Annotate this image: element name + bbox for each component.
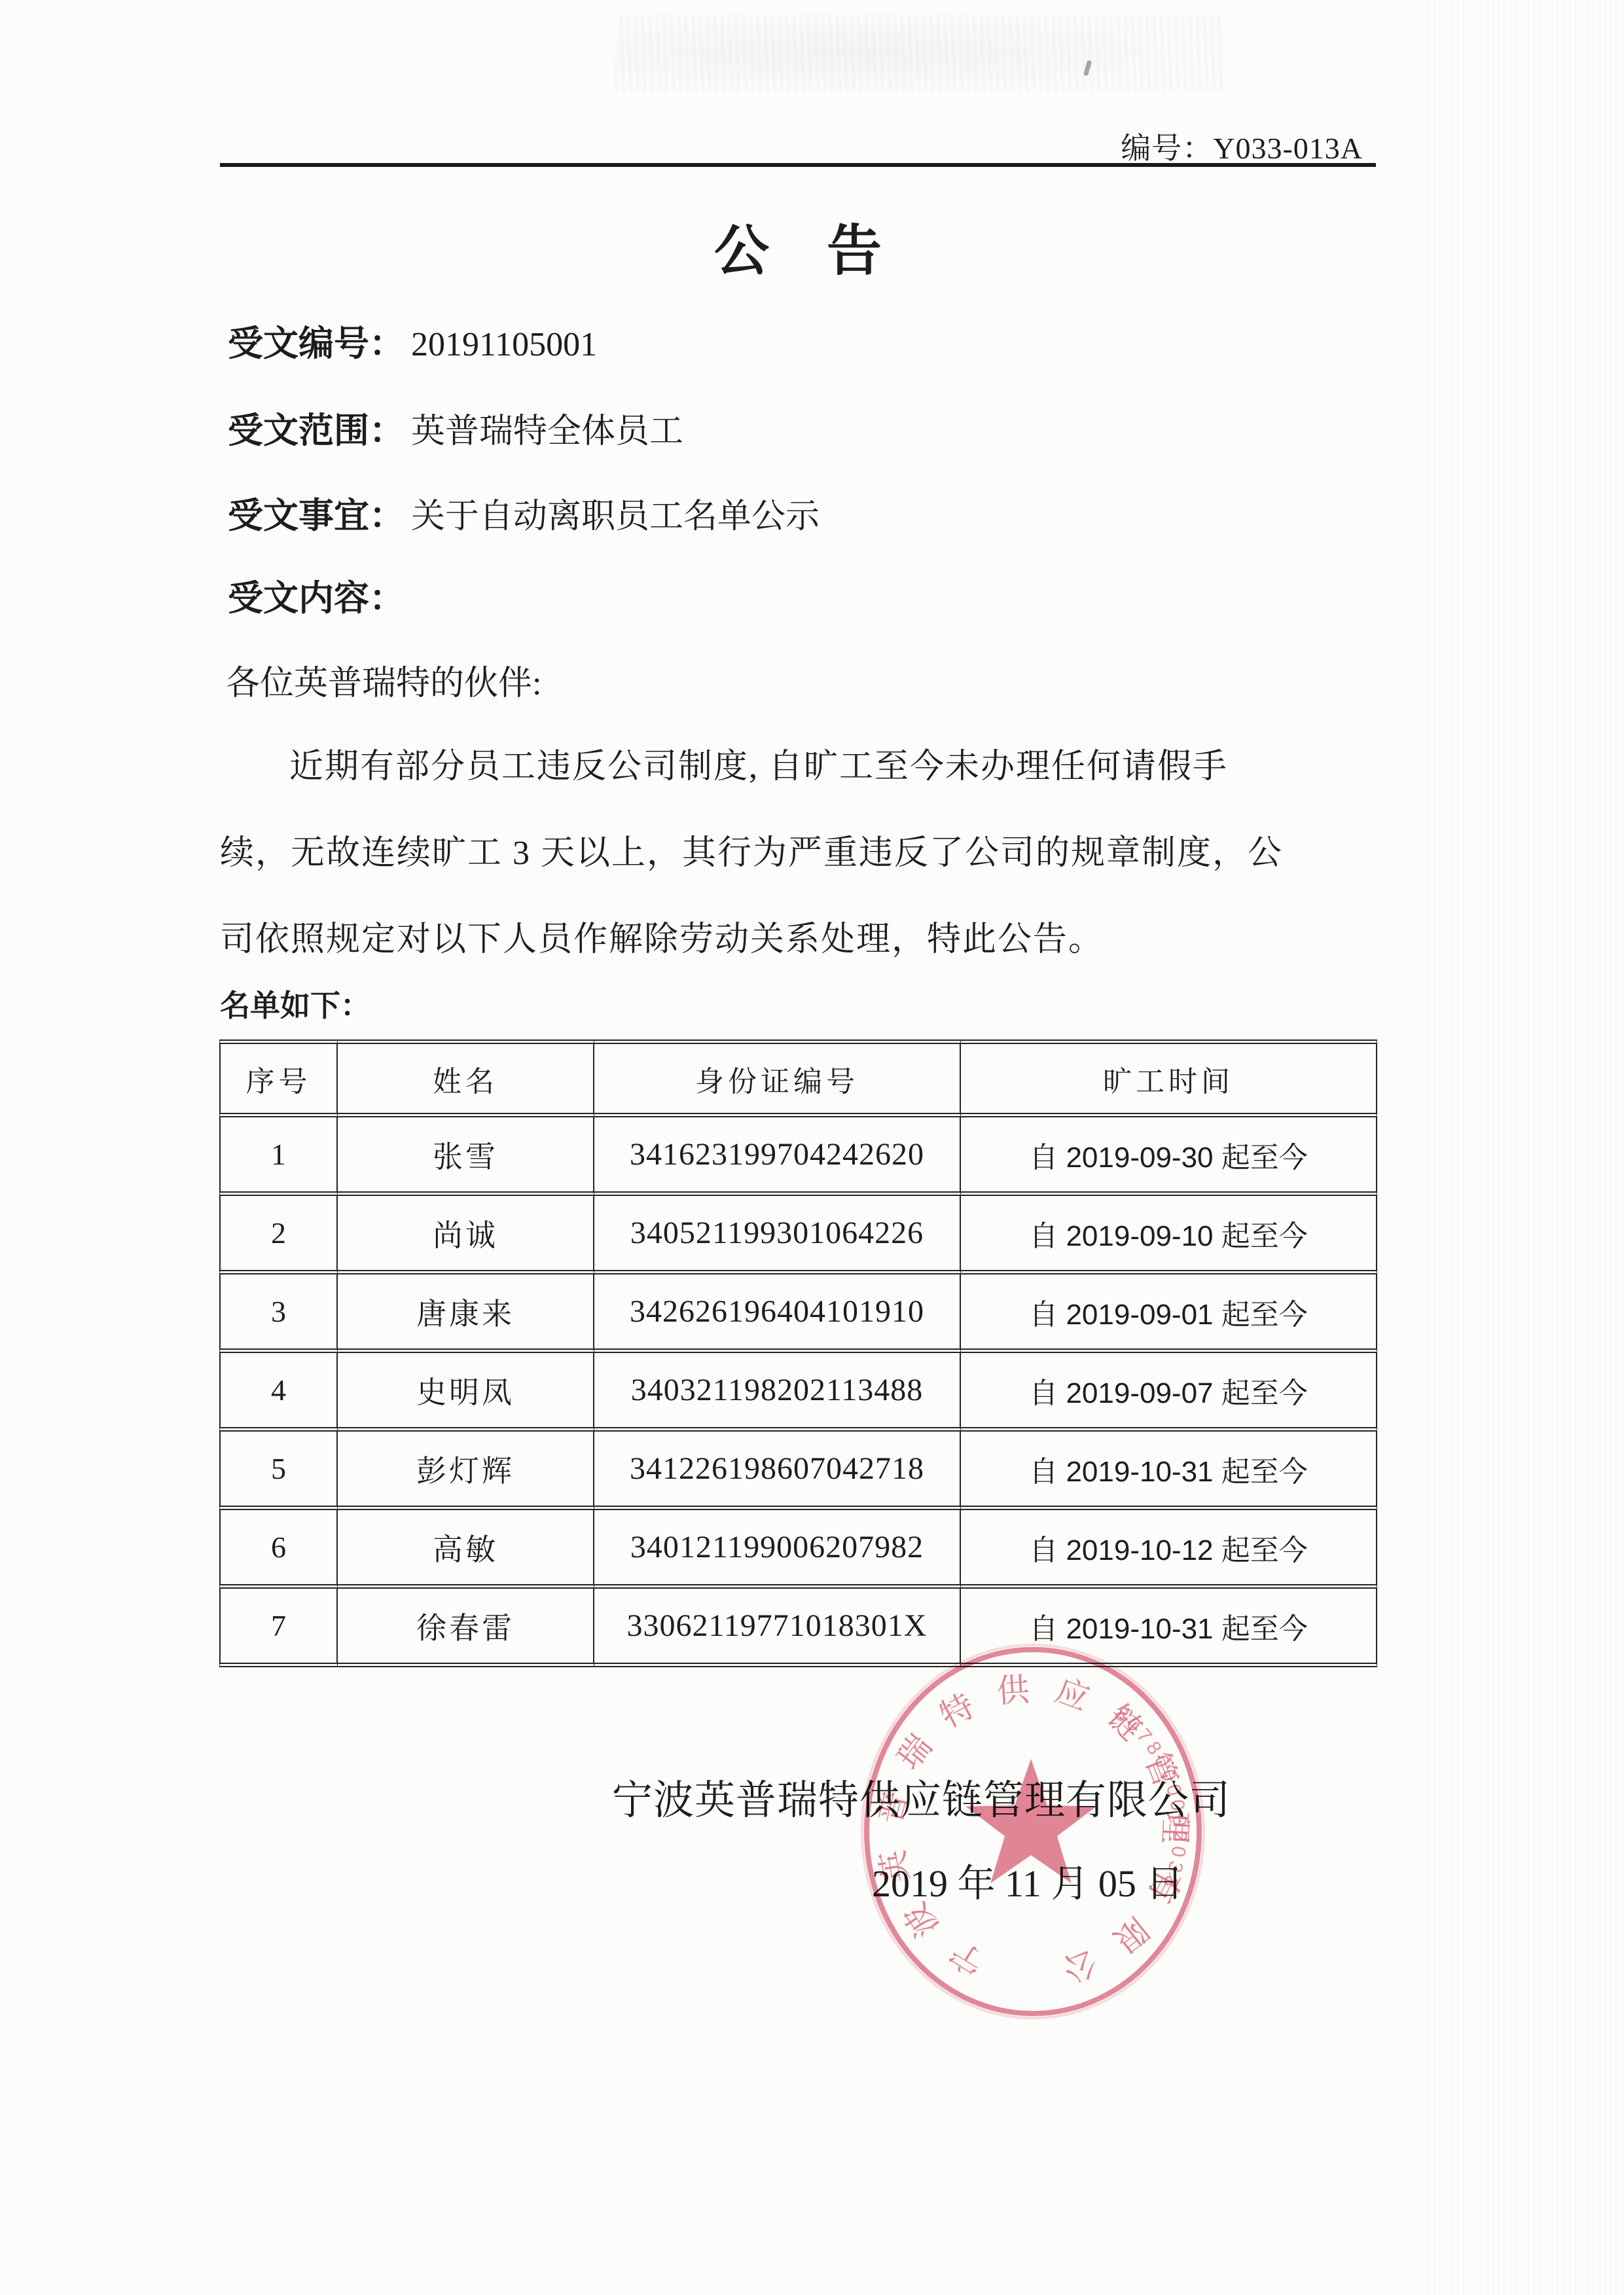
seal-ring-text: 宁波英普瑞特供应链管理有限公司 — [0, 0, 1195, 1993]
table-cell: 史明凤 — [338, 1353, 594, 1432]
column-header: 姓名 — [338, 1039, 594, 1117]
announcement-document: 编号：Y033-013A 公 告 受文编号：20191105001 受文范围：英… — [0, 0, 1624, 2295]
field-scope: 受文范围：英普瑞特全体员工 — [228, 403, 683, 453]
seal-outer-ring — [867, 1650, 1199, 2014]
employee-table: 序号姓名身份证编号旷工时间 1张雪341623199704242620自 201… — [219, 1039, 1377, 1667]
table-cell: 彭灯辉 — [338, 1432, 594, 1510]
table-cell: 341226198607042718 — [594, 1432, 961, 1510]
scan-tick-artifact — [1083, 60, 1092, 77]
table-cell: 3 — [219, 1274, 338, 1353]
field-scope-label: 受文范围： — [228, 411, 405, 450]
table-cell: 6 — [219, 1510, 338, 1589]
table-cell: 1 — [219, 1117, 338, 1196]
field-content: 受文内容： — [228, 570, 411, 621]
list-intro: 名单如下： — [220, 982, 370, 1025]
table-cell: 自 2019-09-07 起至今 — [961, 1353, 1377, 1432]
table-cell: 自 2019-09-10 起至今 — [961, 1196, 1377, 1274]
table-cell: 张雪 — [338, 1117, 594, 1196]
header-rule — [220, 163, 1376, 167]
table-cell: 徐春雷 — [338, 1589, 594, 1667]
body-line: 近期有部分员工违反公司制度, 自旷工至今未办理任何请假手 — [220, 738, 1461, 787]
page-title: 公 告 — [220, 207, 1377, 286]
table-cell: 高敏 — [338, 1510, 594, 1589]
field-subject-label: 受文事宜： — [228, 496, 405, 535]
signature-date: 2019 年 11 月 05 日 — [872, 1852, 1183, 1907]
scan-noise — [1428, 0, 1624, 2295]
table-cell: 自 2019-09-01 起至今 — [961, 1274, 1377, 1353]
table-cell: 5 — [219, 1432, 338, 1510]
table-cell: 340521199301064226 — [594, 1196, 961, 1274]
table-cell: 自 2019-09-30 起至今 — [961, 1117, 1377, 1196]
body-line: 续，无故连续旷工 3 天以上，其行为严重违反了公司的规章制度，公 — [220, 825, 1392, 874]
table-row: 2尚诚340521199301064226自 2019-09-10 起至今 — [219, 1196, 1377, 1274]
field-doc-id: 受文编号：20191105001 — [228, 316, 597, 366]
employee-table-body: 1张雪341623199704242620自 2019-09-30 起至今2尚诚… — [219, 1117, 1377, 1667]
table-header-row: 序号姓名身份证编号旷工时间 — [219, 1039, 1377, 1117]
table-cell: 自 2019-10-31 起至今 — [961, 1432, 1377, 1510]
table-row: 4史明凤340321198202113488自 2019-09-07 起至今 — [219, 1353, 1377, 1432]
table-row: 3唐康来342626196404101910自 2019-09-01 起至今 — [219, 1274, 1377, 1353]
table-cell: 340321198202113488 — [594, 1353, 961, 1432]
column-header: 身份证编号 — [594, 1039, 961, 1117]
table-row: 5彭灯辉341226198607042718自 2019-10-31 起至今 — [219, 1432, 1377, 1510]
table-cell: 唐康来 — [338, 1274, 594, 1353]
table-row: 7徐春雷33062119771018301X自 2019-10-31 起至今 — [219, 1589, 1377, 1667]
table-cell: 342626196404101910 — [594, 1274, 961, 1353]
table-cell: 4 — [219, 1353, 338, 1432]
table-cell: 33062119771018301X — [594, 1589, 961, 1667]
table-cell: 尚诚 — [338, 1196, 594, 1274]
salutation: 各位英普瑞特的伙伴: — [226, 655, 541, 704]
body-line: 司依照规定对以下人员作解除劳动关系处理，特此公告。 — [220, 911, 1392, 960]
table-cell: 341623199704242620 — [594, 1117, 961, 1196]
table-cell: 7 — [219, 1589, 338, 1667]
table-cell: 340121199006207982 — [594, 1510, 961, 1589]
column-header: 序号 — [219, 1039, 338, 1117]
table-cell: 自 2019-10-31 起至今 — [961, 1589, 1377, 1667]
column-header: 旷工时间 — [961, 1039, 1377, 1117]
field-scope-value: 英普瑞特全体员工 — [411, 413, 683, 450]
field-subject-value: 关于自动离职员工名单公示 — [411, 498, 820, 535]
table-cell: 2 — [219, 1196, 338, 1274]
field-subject: 受文事宜：关于自动离职员工名单公示 — [228, 488, 820, 538]
doc-number: 编号：Y033-013A — [220, 124, 1363, 168]
field-doc-id-label: 受文编号： — [228, 324, 405, 363]
table-cell: 自 2019-10-12 起至今 — [961, 1510, 1377, 1589]
seal-ring-halo — [862, 1645, 1204, 2018]
field-content-label: 受文内容： — [228, 579, 405, 618]
table-row: 1张雪341623199704242620自 2019-09-30 起至今 — [219, 1117, 1377, 1196]
signature-company: 宁波英普瑞特供应链管理有限公司 — [612, 1767, 1231, 1826]
scan-smudge-artifact — [615, 14, 1224, 92]
field-doc-id-value: 20191105001 — [411, 326, 597, 363]
table-row: 6高敏340121199006207982自 2019-10-12 起至今 — [219, 1510, 1377, 1589]
